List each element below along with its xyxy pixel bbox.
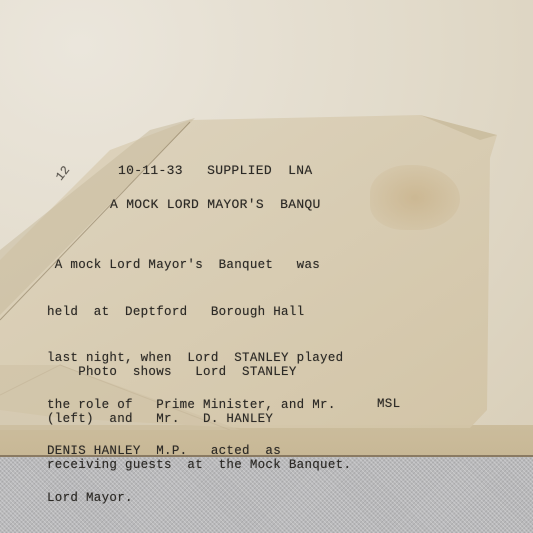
text-line: Lord Mayor. [47,491,343,507]
text-line: (left) and Mr. D. HANLEY [47,412,351,428]
date-text: 10-11-33 [118,163,183,178]
slip-header: 10-11-33 SUPPLIED LNA [118,163,312,179]
text-line: held at Deptford Borough Hall [47,305,343,321]
text-line: receiving guests at the Mock Banquet. [47,458,351,474]
text-line: A mock Lord Mayor's Banquet was [47,258,343,274]
supplier-text: SUPPLIED LNA [207,163,312,178]
initials: MSL [377,397,400,413]
water-stain [370,165,460,230]
text-line: Photo shows Lord STANLEY [47,365,351,381]
paragraph-2: Photo shows Lord STANLEY (left) and Mr. … [47,334,351,489]
headline: A MOCK LORD MAYOR'S BANQU [110,197,321,213]
